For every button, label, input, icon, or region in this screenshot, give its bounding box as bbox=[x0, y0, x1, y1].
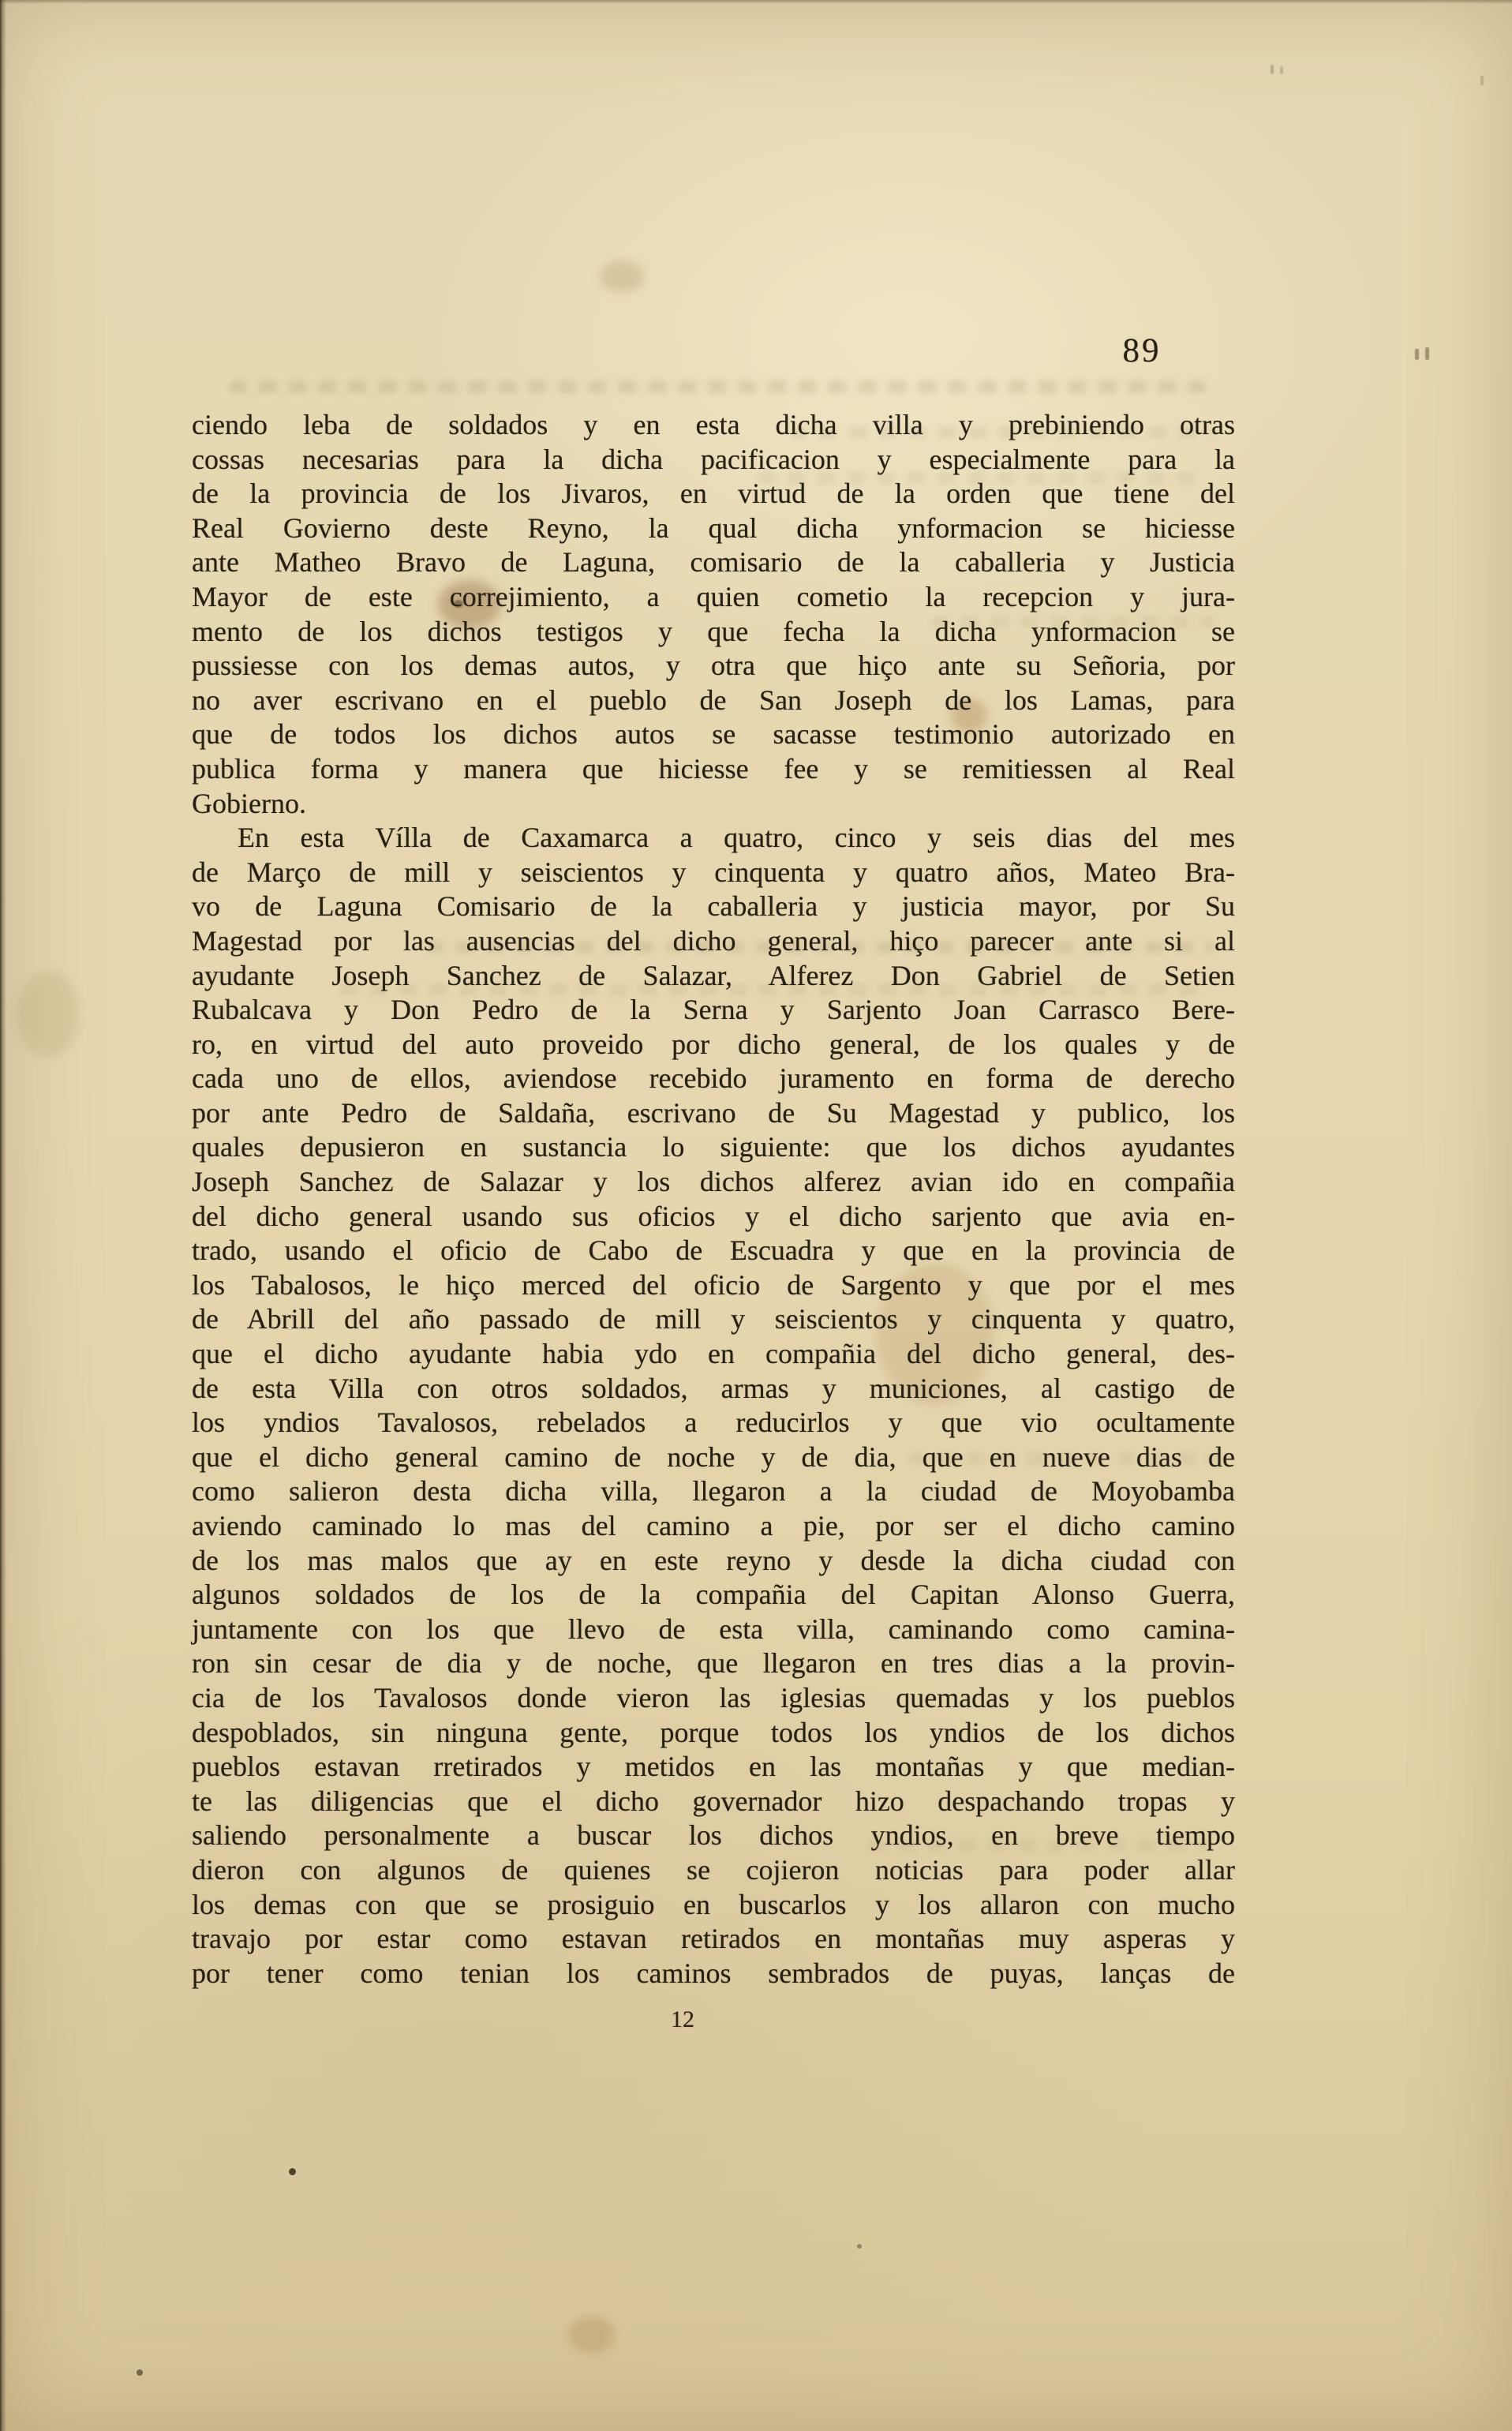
text-line: quales depusieron en sustancia lo siguie… bbox=[192, 1130, 1235, 1165]
text-line: de esta Villa con otros soldados, armas … bbox=[192, 1372, 1235, 1407]
margin-mark bbox=[1415, 349, 1419, 360]
text-line: de Abrill del año passado de mill y seis… bbox=[192, 1302, 1235, 1337]
text-line: trado, usando el oficio de Cabo de Escua… bbox=[192, 1234, 1235, 1268]
text-line: ron sin cesar de dia y de noche, que lle… bbox=[192, 1646, 1235, 1681]
text-line: Joseph Sanchez de Salazar y los dichos a… bbox=[192, 1165, 1235, 1200]
text-line: mento de los dichos testigos y que fecha… bbox=[192, 615, 1235, 650]
text-line: por tener como tenian los caminos sembra… bbox=[192, 1957, 1235, 1991]
text-line: los Tabalosos, le hiço merced del oficio… bbox=[192, 1268, 1235, 1303]
text-line: de Março de mill y seiscientos y cinquen… bbox=[192, 856, 1235, 890]
margin-mark bbox=[1271, 65, 1274, 74]
signature-mark: 12 bbox=[647, 2006, 718, 2033]
text-line: juntamente con los que llevo de esta vil… bbox=[192, 1613, 1235, 1647]
margin-mark bbox=[1425, 347, 1429, 360]
text-line: los yndios Tavalosos, rebelados a reduci… bbox=[192, 1406, 1235, 1440]
text-line: pueblos estavan rretirados y metidos en … bbox=[192, 1750, 1235, 1785]
paper-stain bbox=[568, 2317, 616, 2353]
text-line: cia de los Tavalosos donde vieron las ig… bbox=[192, 1681, 1235, 1716]
text-line: Gobierno. bbox=[192, 787, 1235, 822]
text-line: ro, en virtud del auto proveido por dich… bbox=[192, 1028, 1235, 1062]
page-number: 89 bbox=[1106, 331, 1177, 370]
text-line: de los mas malos que ay en este reyno y … bbox=[192, 1544, 1235, 1579]
text-line: que el dicho general camino de noche y d… bbox=[192, 1440, 1235, 1475]
ink-speck bbox=[289, 2168, 296, 2175]
text-line: que de todos los dichos autos se sacasse… bbox=[192, 717, 1235, 752]
text-line: Magestad por las ausencias del dicho gen… bbox=[192, 924, 1235, 959]
text-line: vo de Laguna Comisario de la caballeria … bbox=[192, 890, 1235, 924]
paper-stain bbox=[600, 260, 644, 292]
text-line: te las diligencias que el dicho governad… bbox=[192, 1785, 1235, 1819]
text-line: travajo por estar como estavan retirados… bbox=[192, 1922, 1235, 1957]
text-line: que el dicho ayudante habia ydo en compa… bbox=[192, 1337, 1235, 1372]
text-line: Rubalcava y Don Pedro de la Serna y Sarj… bbox=[192, 993, 1235, 1028]
text-line: cossas necesarias para la dicha pacifica… bbox=[192, 443, 1235, 478]
text-line: Mayor de este correjimiento, a quien com… bbox=[192, 580, 1235, 615]
text-line: cada uno de ellos, aviendose recebido ju… bbox=[192, 1062, 1235, 1096]
text-line: ante Matheo Bravo de Laguna, comisario d… bbox=[192, 545, 1235, 580]
body-text: ciendo leba de soldados y en esta dicha … bbox=[192, 408, 1235, 1991]
paragraph: En esta Vílla de Caxamarca a quatro, cin… bbox=[192, 821, 1235, 1991]
text-line: por ante Pedro de Saldaña, escrivano de … bbox=[192, 1096, 1235, 1131]
ink-speck bbox=[857, 2244, 862, 2249]
show-through-text bbox=[229, 380, 1207, 393]
text-line: del dicho general usando sus oficios y e… bbox=[192, 1200, 1235, 1234]
text-line: como salieron desta dicha villa, llegaro… bbox=[192, 1474, 1235, 1509]
text-line: ciendo leba de soldados y en esta dicha … bbox=[192, 408, 1235, 443]
text-line: Real Govierno deste Reyno, la qual dicha… bbox=[192, 511, 1235, 546]
text-line: de la provincia de los Jivaros, en virtu… bbox=[192, 477, 1235, 511]
paragraph: ciendo leba de soldados y en esta dicha … bbox=[192, 408, 1235, 821]
text-line: aviendo caminado lo mas del camino a pie… bbox=[192, 1509, 1235, 1544]
text-line: En esta Vílla de Caxamarca a quatro, cin… bbox=[192, 821, 1235, 856]
text-line: los demas con que se prosiguio en buscar… bbox=[192, 1888, 1235, 1923]
text-line: despoblados, sin ninguna gente, porque t… bbox=[192, 1716, 1235, 1751]
text-line: saliendo personalmente a buscar los dich… bbox=[192, 1819, 1235, 1853]
text-line: no aver escrivano en el pueblo de San Jo… bbox=[192, 684, 1235, 718]
text-line: dieron con algunos de quienes se cojiero… bbox=[192, 1853, 1235, 1888]
book-page: 89 ciendo leba de soldados y en esta dic… bbox=[0, 0, 1512, 2431]
text-line: algunos soldados de los de la compañia d… bbox=[192, 1578, 1235, 1613]
text-line: pussiesse con los demas autos, y otra qu… bbox=[192, 649, 1235, 684]
text-line: ayudante Joseph Sanchez de Salazar, Alfe… bbox=[192, 959, 1235, 994]
text-line: publica forma y manera que hiciesse fee … bbox=[192, 752, 1235, 787]
ink-speck bbox=[137, 2369, 143, 2376]
margin-mark bbox=[1280, 66, 1283, 74]
margin-mark bbox=[1480, 76, 1484, 85]
paper-stain bbox=[16, 971, 79, 1058]
